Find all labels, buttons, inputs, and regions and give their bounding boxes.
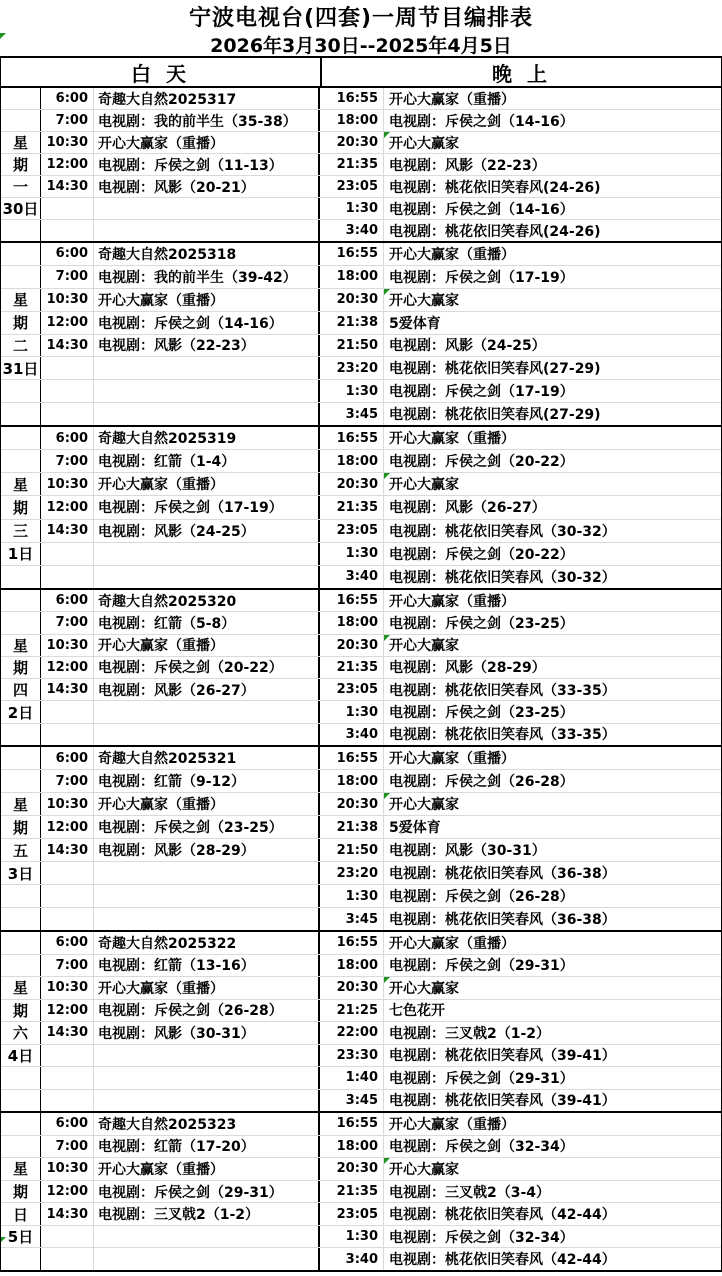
evening-time-cell[interactable]: 21:38 [320,816,384,838]
daytime-time-cell[interactable]: 14:30 [41,839,94,861]
evening-program-cell[interactable]: 电视剧：桃花依旧笑春风(24-26) [384,220,721,241]
daytime-time-cell[interactable]: 10:30 [41,635,94,656]
evening-time-cell[interactable]: 23:20 [320,862,384,884]
weekday-label-cell[interactable]: 1日 [1,543,41,565]
daytime-program-cell[interactable]: 开心大赢家（重播） [94,1158,320,1180]
evening-program-cell-flagged[interactable]: 开心大赢家 [384,793,721,815]
cell-flag-icon [0,33,6,39]
daytime-time-cell[interactable]: 12:00 [41,816,94,838]
evening-program-cell-flagged[interactable]: 开心大赢家 [384,1158,721,1180]
evening-program-cell[interactable]: 电视剧：桃花依旧笑春风（36-38） [384,862,721,884]
table-row: 星10:30开心大赢家（重播）20:30开心大赢家 [1,793,721,816]
table-row: 3日23:20电视剧：桃花依旧笑春风（36-38） [1,862,721,885]
daytime-time-cell[interactable]: 10:30 [41,793,94,815]
evening-time-cell[interactable]: 21:50 [320,839,384,861]
table-row: 7:00电视剧：我的前半生（35-38）18:00电视剧：斥侯之剑（14-16） [1,110,721,132]
evening-time-cell[interactable]: 16:55 [320,932,384,954]
evening-program-cell[interactable]: 电视剧：桃花依旧笑春风(27-29) [384,403,721,425]
weekday-label-cell[interactable]: 星 [1,289,41,311]
daytime-program-cell[interactable] [94,220,320,241]
evening-program-cell[interactable]: 七色花开 [384,1000,721,1022]
evening-time-cell[interactable]: 18:00 [320,955,384,977]
evening-time-cell[interactable]: 20:30 [320,473,384,495]
daytime-time-cell[interactable]: 10:30 [41,289,94,311]
daytime-program-cell[interactable]: 电视剧：斥侯之剑（11-13） [94,154,320,175]
evening-time-cell[interactable]: 21:35 [320,1181,384,1203]
evening-time-cell[interactable]: 16:55 [320,590,384,611]
table-row: 期12:00电视剧：斥侯之剑（14-16）21:385爱体育 [1,312,721,335]
daytime-program-cell[interactable]: 开心大赢家（重播） [94,473,320,495]
weekday-label-cell[interactable] [1,243,41,265]
daytime-time-cell[interactable] [41,403,94,425]
evening-program-cell[interactable]: 电视剧：桃花依旧笑春风（33-35） [384,724,721,745]
daytime-program-cell[interactable]: 开心大赢家（重播） [94,635,320,656]
evening-program-cell[interactable]: 开心大赢家（重播） [384,243,721,265]
evening-program-cell[interactable]: 电视剧：风影（28-29） [384,657,721,678]
daytime-time-cell[interactable]: 10:30 [41,1158,94,1180]
evening-program-cell[interactable]: 电视剧：桃花依旧笑春风（36-38） [384,908,721,930]
evening-time-cell[interactable]: 23:05 [320,176,384,197]
daytime-time-cell[interactable]: 6:00 [41,243,94,265]
weekday-label-cell[interactable]: 期 [1,1181,41,1203]
evening-time-cell[interactable]: 23:05 [320,1203,384,1225]
evening-program-cell[interactable]: 电视剧：斥侯之剑（23-25） [384,701,721,722]
evening-time-cell[interactable]: 23:20 [320,357,384,379]
daytime-time-cell[interactable] [41,862,94,884]
daytime-program-cell[interactable]: 电视剧：斥侯之剑（23-25） [94,816,320,838]
evening-program-cell[interactable]: 电视剧：桃花依旧笑春风（39-41） [384,1045,721,1067]
weekday-label-cell[interactable] [1,220,41,241]
daytime-program-cell[interactable]: 奇趣大自然2025319 [94,427,320,449]
evening-time-cell[interactable]: 20:30 [320,289,384,311]
evening-time-cell[interactable]: 1:30 [320,885,384,907]
daytime-program-cell[interactable] [94,885,320,907]
daytime-program-cell[interactable] [94,403,320,425]
evening-program-cell[interactable]: 电视剧：斥侯之剑（32-34） [384,1226,721,1248]
header-daytime[interactable]: 白 天 [1,58,322,86]
evening-program-cell-flagged[interactable]: 开心大赢家 [384,977,721,999]
daytime-program-cell[interactable]: 奇趣大自然2025322 [94,932,320,954]
evening-time-cell[interactable]: 3:45 [320,403,384,425]
daytime-time-cell[interactable]: 6:00 [41,1113,94,1135]
evening-time-cell[interactable]: 1:30 [320,701,384,722]
weekday-label-cell[interactable]: 期 [1,657,41,678]
daytime-time-cell[interactable]: 14:30 [41,1203,94,1225]
daytime-time-cell[interactable] [41,1226,94,1248]
daytime-program-cell[interactable]: 电视剧：斥侯之剑（17-19） [94,496,320,518]
evening-time-cell[interactable]: 21:25 [320,1000,384,1022]
daytime-time-cell[interactable] [41,1090,94,1112]
daytime-time-cell[interactable] [41,1067,94,1089]
evening-time-cell[interactable]: 18:00 [320,1136,384,1158]
evening-time-cell[interactable]: 3:40 [320,724,384,745]
evening-time-cell[interactable]: 23:30 [320,1045,384,1067]
evening-time-cell[interactable]: 3:40 [320,566,384,588]
evening-program-cell[interactable]: 开心大赢家（重播） [384,747,721,769]
table-row: 五14:30电视剧：风影（28-29）21:50电视剧：风影（30-31） [1,839,721,862]
daytime-time-cell[interactable]: 6:00 [41,427,94,449]
date-range: 2026年3月30日--2025年4月5日 [0,32,722,56]
table-row: 6:00奇趣大自然202531716:55开心大赢家（重播） [1,88,721,110]
daytime-program-cell[interactable]: 电视剧：我的前半生（39-42） [94,266,320,288]
daytime-program-cell[interactable] [94,1226,320,1248]
daytime-program-cell[interactable]: 奇趣大自然2025321 [94,747,320,769]
daytime-program-cell[interactable]: 开心大赢家（重播） [94,977,320,999]
daytime-program-cell[interactable]: 电视剧：风影（28-29） [94,839,320,861]
evening-program-cell[interactable]: 电视剧：风影（22-23） [384,154,721,175]
weekday-label-cell[interactable]: 星 [1,977,41,999]
evening-time-cell[interactable]: 16:55 [320,243,384,265]
daytime-time-cell[interactable]: 6:00 [41,590,94,611]
weekday-label-cell[interactable]: 5日 [1,1226,41,1248]
daytime-time-cell[interactable]: 7:00 [41,955,94,977]
daytime-time-cell[interactable]: 7:00 [41,1136,94,1158]
evening-program-cell[interactable]: 开心大赢家（重播） [384,590,721,611]
daytime-program-cell[interactable] [94,198,320,219]
evening-time-cell[interactable]: 21:38 [320,312,384,334]
daytime-time-cell[interactable]: 7:00 [41,450,94,472]
weekday-label-cell[interactable] [1,885,41,907]
daytime-program-cell[interactable]: 电视剧：三叉戟2（1-2） [94,1203,320,1225]
evening-program-cell[interactable]: 电视剧：桃花依旧笑春风（30-32） [384,566,721,588]
weekday-label-cell[interactable]: 三 [1,520,41,542]
evening-program-cell[interactable]: 电视剧：桃花依旧笑春风（33-35） [384,679,721,700]
daytime-time-cell[interactable] [41,566,94,588]
weekday-label-cell[interactable] [1,88,41,109]
evening-time-cell[interactable]: 21:35 [320,154,384,175]
daytime-time-cell[interactable]: 12:00 [41,1000,94,1022]
day-block-5: 6:00奇趣大自然202532116:55开心大赢家（重播）7:00电视剧：红箭… [0,747,722,932]
daytime-program-cell[interactable] [94,380,320,402]
daytime-program-cell[interactable] [94,543,320,565]
evening-time-cell[interactable]: 1:30 [320,380,384,402]
evening-time-cell[interactable]: 16:55 [320,88,384,109]
daytime-program-cell[interactable]: 电视剧：斥侯之剑（14-16） [94,312,320,334]
day-blocks: 6:00奇趣大自然202531716:55开心大赢家（重播）7:00电视剧：我的… [0,88,722,1272]
daytime-time-cell[interactable]: 7:00 [41,110,94,131]
evening-time-cell[interactable]: 3:40 [320,220,384,241]
table-row: 1:30电视剧：斥侯之剑（26-28） [1,885,721,908]
evening-time-cell[interactable]: 20:30 [320,635,384,656]
weekday-label-cell[interactable]: 星 [1,635,41,656]
evening-program-cell[interactable]: 电视剧：斥侯之剑（17-19） [384,266,721,288]
daytime-time-cell[interactable]: 14:30 [41,335,94,357]
weekday-label-cell[interactable] [1,1248,41,1270]
weekday-label-cell[interactable] [1,110,41,131]
evening-time-cell[interactable]: 18:00 [320,266,384,288]
daytime-program-cell[interactable] [94,862,320,884]
evening-program-cell[interactable]: 5爱体育 [384,312,721,334]
weekday-label-cell[interactable] [1,403,41,425]
evening-time-cell[interactable]: 18:00 [320,770,384,792]
table-row: 四14:30电视剧：风影（26-27）23:05电视剧：桃花依旧笑春风（33-3… [1,679,721,701]
daytime-time-cell[interactable]: 10:30 [41,132,94,153]
daytime-time-cell[interactable]: 7:00 [41,770,94,792]
daytime-time-cell[interactable] [41,701,94,722]
evening-time-cell[interactable]: 22:00 [320,1022,384,1044]
weekday-label-cell[interactable]: 31日 [1,357,41,379]
evening-program-cell[interactable]: 5爱体育 [384,816,721,838]
weekday-label-cell[interactable] [1,955,41,977]
daytime-program-cell[interactable]: 奇趣大自然2025323 [94,1113,320,1135]
daytime-time-cell[interactable] [41,908,94,930]
evening-program-cell[interactable]: 电视剧：风影（26-27） [384,496,721,518]
table-row: 1:40电视剧：斥侯之剑（29-31） [1,1067,721,1090]
table-row: 星10:30开心大赢家（重播）20:30开心大赢家 [1,635,721,657]
evening-program-cell[interactable]: 开心大赢家（重播） [384,427,721,449]
daytime-program-cell[interactable]: 开心大赢家（重播） [94,289,320,311]
table-row: 期12:00电视剧：斥侯之剑（20-22）21:35电视剧：风影（28-29） [1,657,721,679]
day-block-7: 6:00奇趣大自然202532316:55开心大赢家（重播）7:00电视剧：红箭… [0,1113,722,1272]
weekday-label-cell[interactable] [1,450,41,472]
daytime-time-cell[interactable] [41,357,94,379]
daytime-program-cell[interactable]: 电视剧：红箭（5-8） [94,612,320,633]
evening-program-cell[interactable]: 电视剧：斥侯之剑（17-19） [384,380,721,402]
daytime-time-cell[interactable]: 12:00 [41,312,94,334]
table-row: 星10:30开心大赢家（重播）20:30开心大赢家 [1,977,721,1000]
table-row: 3:45电视剧：桃花依旧笑春风(27-29) [1,403,721,425]
daytime-time-cell[interactable]: 14:30 [41,176,94,197]
daytime-program-cell[interactable] [94,724,320,745]
table-row: 期12:00电视剧：斥侯之剑（23-25）21:385爱体育 [1,816,721,839]
weekday-label-cell[interactable] [1,1090,41,1112]
weekday-label-cell[interactable] [1,427,41,449]
daytime-program-cell[interactable] [94,1067,320,1089]
weekday-label-cell[interactable]: 3日 [1,862,41,884]
daytime-time-cell[interactable]: 14:30 [41,679,94,700]
daytime-program-cell[interactable]: 奇趣大自然2025317 [94,88,320,109]
evening-program-cell[interactable]: 电视剧：斥侯之剑（14-16） [384,198,721,219]
daytime-time-cell[interactable]: 7:00 [41,612,94,633]
evening-time-cell[interactable]: 23:05 [320,679,384,700]
daytime-time-cell[interactable] [41,1045,94,1067]
table-row: 星10:30开心大赢家（重播）20:30开心大赢家 [1,132,721,154]
evening-time-cell[interactable]: 16:55 [320,747,384,769]
evening-time-cell[interactable]: 3:45 [320,1090,384,1112]
weekday-label-cell[interactable] [1,612,41,633]
weekday-label-cell[interactable] [1,770,41,792]
daytime-program-cell[interactable]: 电视剧：风影（24-25） [94,520,320,542]
daytime-program-cell[interactable]: 电视剧：红箭（13-16） [94,955,320,977]
table-row: 二14:30电视剧：风影（22-23）21:50电视剧：风影（24-25） [1,335,721,358]
daytime-time-cell[interactable] [41,724,94,745]
evening-time-cell[interactable]: 1:30 [320,1226,384,1248]
evening-program-cell[interactable]: 开心大赢家（重播） [384,1113,721,1135]
weekday-label-cell[interactable]: 六 [1,1022,41,1044]
table-row: 7:00电视剧：红箭（5-8）18:00电视剧：斥侯之剑（23-25） [1,612,721,634]
weekday-label-cell[interactable] [1,1136,41,1158]
weekday-label-cell[interactable]: 期 [1,312,41,334]
table-row: 31日23:20电视剧：桃花依旧笑春风(27-29) [1,357,721,380]
daytime-program-cell[interactable]: 电视剧：红箭（1-4） [94,450,320,472]
day-block-3: 6:00奇趣大自然202531916:55开心大赢家（重播）7:00电视剧：红箭… [0,427,722,590]
weekday-label-cell[interactable]: 期 [1,154,41,175]
daytime-time-cell[interactable]: 14:30 [41,1022,94,1044]
daytime-program-cell[interactable]: 电视剧：我的前半生（35-38） [94,110,320,131]
table-row: 5日1:30电视剧：斥侯之剑（32-34） [1,1226,721,1249]
table-row: 六14:30电视剧：风影（30-31）22:00电视剧：三叉戟2（1-2） [1,1022,721,1045]
daytime-program-cell[interactable]: 电视剧：红箭（9-12） [94,770,320,792]
daytime-program-cell[interactable]: 电视剧：风影（20-21） [94,176,320,197]
daytime-program-cell[interactable]: 电视剧：风影（30-31） [94,1022,320,1044]
schedule-table: 白 天 晚 上 6:00奇趣大自然202531716:55开心大赢家（重播）7:… [0,56,722,1272]
daytime-time-cell[interactable] [41,1248,94,1270]
evening-time-cell[interactable]: 20:30 [320,132,384,153]
weekday-label-cell[interactable]: 星 [1,1158,41,1180]
evening-program-cell[interactable]: 电视剧：斥侯之剑（20-22） [384,450,721,472]
daytime-time-cell[interactable]: 10:30 [41,977,94,999]
daytime-time-cell[interactable] [41,543,94,565]
evening-program-cell[interactable]: 电视剧：桃花依旧笑春风（30-32） [384,520,721,542]
daytime-program-cell[interactable] [94,357,320,379]
weekday-label-cell[interactable] [1,1113,41,1135]
evening-program-cell[interactable]: 电视剧：桃花依旧笑春风（42-44） [384,1203,721,1225]
evening-time-cell[interactable]: 3:45 [320,908,384,930]
weekday-label-cell[interactable] [1,266,41,288]
evening-time-cell[interactable]: 1:30 [320,543,384,565]
weekday-label-cell[interactable] [1,1067,41,1089]
weekday-label-cell[interactable]: 四 [1,679,41,700]
evening-program-cell[interactable]: 开心大赢家（重播） [384,932,721,954]
evening-program-cell[interactable]: 电视剧：斥侯之剑（14-16） [384,110,721,131]
evening-program-cell[interactable]: 电视剧：斥侯之剑（26-28） [384,885,721,907]
table-row: 一14:30电视剧：风影（20-21）23:05电视剧：桃花依旧笑春风(24-2… [1,176,721,198]
daytime-time-cell[interactable] [41,220,94,241]
daytime-program-cell[interactable] [94,1090,320,1112]
daytime-program-cell[interactable]: 电视剧：风影（26-27） [94,679,320,700]
weekday-label-cell[interactable]: 星 [1,132,41,153]
daytime-time-cell[interactable]: 7:00 [41,266,94,288]
evening-program-cell[interactable]: 电视剧：斥侯之剑（32-34） [384,1136,721,1158]
weekday-label-cell[interactable] [1,566,41,588]
daytime-time-cell[interactable]: 12:00 [41,154,94,175]
weekday-label-cell[interactable]: 五 [1,839,41,861]
daytime-time-cell[interactable]: 6:00 [41,88,94,109]
evening-program-cell-flagged[interactable]: 开心大赢家 [384,132,721,153]
evening-time-cell[interactable]: 20:30 [320,793,384,815]
evening-program-cell[interactable]: 开心大赢家（重播） [384,88,721,109]
daytime-time-cell[interactable]: 6:00 [41,747,94,769]
daytime-program-cell[interactable]: 电视剧：红箭（17-20） [94,1136,320,1158]
daytime-program-cell[interactable] [94,908,320,930]
evening-time-cell[interactable]: 16:55 [320,427,384,449]
weekday-label-cell[interactable]: 星 [1,473,41,495]
evening-program-cell[interactable]: 电视剧：三叉戟2（1-2） [384,1022,721,1044]
evening-program-cell[interactable]: 电视剧：三叉戟2（3-4） [384,1181,721,1203]
evening-time-cell[interactable]: 21:50 [320,335,384,357]
evening-time-cell[interactable]: 18:00 [320,110,384,131]
daytime-time-cell[interactable] [41,885,94,907]
evening-program-cell-flagged[interactable]: 开心大赢家 [384,473,721,495]
weekday-label-cell[interactable]: 30日 [1,198,41,219]
table-row: 3:45电视剧：桃花依旧笑春风（39-41） [1,1090,721,1112]
daytime-program-cell[interactable]: 奇趣大自然2025318 [94,243,320,265]
evening-time-cell[interactable]: 16:55 [320,1113,384,1135]
daytime-time-cell[interactable]: 6:00 [41,932,94,954]
weekday-label-cell[interactable]: 星 [1,793,41,815]
daytime-time-cell[interactable] [41,380,94,402]
day-block-2: 6:00奇趣大自然202531816:55开心大赢家（重播）7:00电视剧：我的… [0,243,722,427]
evening-time-cell[interactable]: 20:30 [320,1158,384,1180]
weekday-label-cell[interactable]: 日 [1,1203,41,1225]
weekday-label-cell[interactable] [1,747,41,769]
weekday-label-cell[interactable]: 一 [1,176,41,197]
weekday-label-cell[interactable] [1,932,41,954]
daytime-time-cell[interactable]: 12:00 [41,496,94,518]
weekday-label-cell[interactable]: 二 [1,335,41,357]
evening-program-cell[interactable]: 电视剧：风影（24-25） [384,335,721,357]
evening-time-cell[interactable]: 20:30 [320,977,384,999]
table-row: 1:30电视剧：斥侯之剑（17-19） [1,380,721,403]
daytime-program-cell[interactable]: 电视剧：风影（22-23） [94,335,320,357]
weekday-label-cell[interactable]: 4日 [1,1045,41,1067]
evening-program-cell-flagged[interactable]: 开心大赢家 [384,289,721,311]
evening-program-cell[interactable]: 电视剧：桃花依旧笑春风（39-41） [384,1090,721,1112]
evening-time-cell[interactable]: 21:35 [320,657,384,678]
evening-time-cell[interactable]: 23:05 [320,520,384,542]
table-row: 期12:00电视剧：斥侯之剑（17-19）21:35电视剧：风影（26-27） [1,496,721,519]
daytime-time-cell[interactable]: 10:30 [41,473,94,495]
daytime-time-cell[interactable]: 14:30 [41,520,94,542]
weekday-label-cell[interactable] [1,908,41,930]
table-row: 期12:00电视剧：斥侯之剑（11-13）21:35电视剧：风影（22-23） [1,154,721,176]
weekday-label-cell[interactable] [1,590,41,611]
daytime-program-cell[interactable]: 电视剧：斥侯之剑（26-28） [94,1000,320,1022]
evening-time-cell[interactable]: 1:40 [320,1067,384,1089]
daytime-program-cell[interactable] [94,566,320,588]
daytime-program-cell[interactable]: 电视剧：斥侯之剑（29-31） [94,1181,320,1203]
evening-program-cell[interactable]: 电视剧：斥侯之剑（20-22） [384,543,721,565]
weekday-label-cell[interactable]: 期 [1,816,41,838]
weekday-label-cell[interactable] [1,724,41,745]
table-row: 3:45电视剧：桃花依旧笑春风（36-38） [1,908,721,930]
weekday-label-cell[interactable] [1,380,41,402]
evening-program-cell-flagged[interactable]: 开心大赢家 [384,635,721,656]
evening-program-cell[interactable]: 电视剧：桃花依旧笑春风(24-26) [384,176,721,197]
evening-time-cell[interactable]: 1:30 [320,198,384,219]
daytime-program-cell[interactable] [94,1248,320,1270]
section-header-row: 白 天 晚 上 [0,58,722,88]
weekday-label-cell[interactable]: 2日 [1,701,41,722]
evening-time-cell[interactable]: 21:35 [320,496,384,518]
evening-program-cell[interactable]: 电视剧：桃花依旧笑春风（42-44） [384,1248,721,1270]
evening-program-cell[interactable]: 电视剧：风影（30-31） [384,839,721,861]
evening-program-cell[interactable]: 电视剧：斥侯之剑（23-25） [384,612,721,633]
evening-time-cell[interactable]: 18:00 [320,450,384,472]
daytime-program-cell[interactable]: 奇趣大自然2025320 [94,590,320,611]
daytime-program-cell[interactable]: 开心大赢家（重播） [94,793,320,815]
weekday-label-cell[interactable]: 期 [1,1000,41,1022]
header-evening[interactable]: 晚 上 [322,58,721,86]
daytime-time-cell[interactable] [41,198,94,219]
evening-program-cell[interactable]: 电视剧：斥侯之剑（26-28） [384,770,721,792]
evening-program-cell[interactable]: 电视剧：桃花依旧笑春风(27-29) [384,357,721,379]
evening-program-cell[interactable]: 电视剧：斥侯之剑（29-31） [384,1067,721,1089]
day-block-1: 6:00奇趣大自然202531716:55开心大赢家（重播）7:00电视剧：我的… [0,88,722,243]
table-row: 6:00奇趣大自然202532116:55开心大赢家（重播） [1,747,721,770]
daytime-time-cell[interactable]: 12:00 [41,1181,94,1203]
weekday-label-cell[interactable]: 期 [1,496,41,518]
daytime-program-cell[interactable]: 电视剧：斥侯之剑（20-22） [94,657,320,678]
daytime-time-cell[interactable]: 12:00 [41,657,94,678]
evening-time-cell[interactable]: 3:40 [320,1248,384,1270]
daytime-program-cell[interactable] [94,1045,320,1067]
table-row: 4日23:30电视剧：桃花依旧笑春风（39-41） [1,1045,721,1068]
evening-time-cell[interactable]: 18:00 [320,612,384,633]
daytime-program-cell[interactable] [94,701,320,722]
daytime-program-cell[interactable]: 开心大赢家（重播） [94,132,320,153]
evening-program-cell[interactable]: 电视剧：斥侯之剑（29-31） [384,955,721,977]
